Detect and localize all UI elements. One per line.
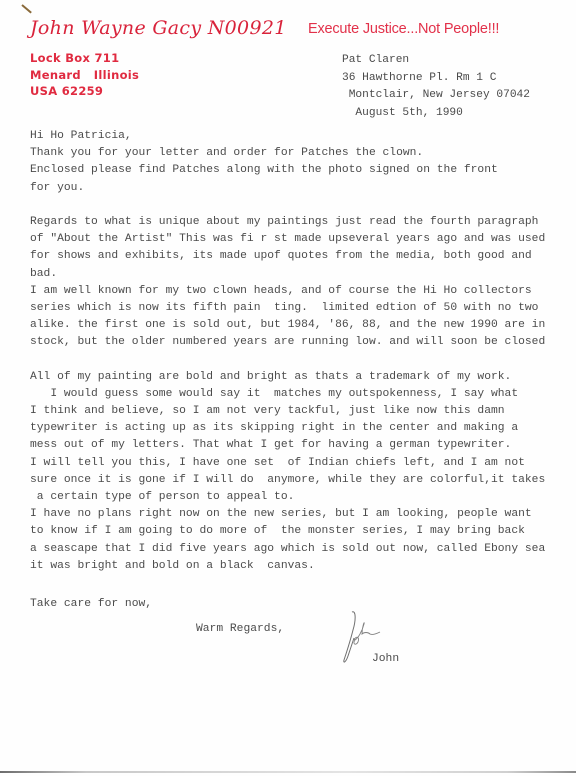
body-line: Enclosed please find Patches along with …	[30, 162, 576, 179]
body-line: to know if I am going to do more of the …	[30, 523, 576, 540]
body-line: of "About the Artist" This was fi r st m…	[30, 231, 576, 248]
body-line: I would guess some would say it matches …	[30, 386, 576, 403]
address-line: Menard Illinois	[30, 67, 139, 84]
body-line: Thank you for your letter and order for …	[30, 145, 576, 162]
body-line: All of my painting are bold and bright a…	[30, 369, 576, 386]
letter-body: Hi Ho Patricia, Thank you for your lette…	[30, 128, 576, 575]
address-line: USA 62259	[30, 83, 139, 100]
recipient-block: Pat Claren 36 Hawthorne Pl. Rm 1 C Montc…	[342, 52, 530, 122]
body-line: sure once it is gone if I will do anymor…	[30, 472, 576, 489]
letter-date: August 5th, 1990	[342, 105, 530, 123]
body-line: a seascape that I did five years ago whi…	[30, 541, 576, 558]
paragraph-gap	[30, 351, 576, 368]
body-line: stock, but the older numbered years are …	[30, 334, 576, 351]
pen-mark	[21, 4, 31, 13]
page-bottom-edge	[0, 771, 576, 773]
body-line: typewriter is acting up as its skipping …	[30, 420, 576, 437]
recipient-city: Montclair, New Jersey 07042	[342, 87, 530, 105]
signed-name: John	[372, 653, 399, 665]
body-line: a certain type of person to appeal to.	[30, 489, 576, 506]
body-line: I am well known for my two clown heads, …	[30, 283, 576, 300]
body-line: I have no plans right now on the new ser…	[30, 506, 576, 523]
body-line: mess out of my letters. That what I get …	[30, 437, 576, 454]
body-line: for you.	[30, 180, 576, 197]
letterhead-name: John Wayne Gacy N00921	[30, 17, 287, 39]
paragraph-gap	[30, 197, 576, 214]
body-line: series which is now its fifth pain ting.…	[30, 300, 576, 317]
letterhead-address: Lock Box 711 Menard Illinois USA 62259	[30, 50, 139, 100]
body-line: bad.	[30, 266, 576, 283]
body-line: I think and believe, so I am not very ta…	[30, 403, 576, 420]
closing-line: Take care for now,	[30, 598, 152, 610]
body-line: alike. the first one is sold out, but 19…	[30, 317, 576, 334]
letterhead-motto: Execute Justice...Not People!!!	[308, 21, 499, 37]
greeting: Hi Ho Patricia,	[30, 128, 576, 145]
body-line: for shows and exhibits, its made upof qu…	[30, 248, 576, 265]
warm-regards: Warm Regards,	[196, 623, 284, 635]
body-line: I will tell you this, I have one set of …	[30, 455, 576, 472]
recipient-street: 36 Hawthorne Pl. Rm 1 C	[342, 70, 530, 88]
body-line: it was bright and bold on a black canvas…	[30, 558, 576, 575]
body-line: Regards to what is unique about my paint…	[30, 214, 576, 231]
address-line: Lock Box 711	[30, 50, 139, 67]
recipient-name: Pat Claren	[342, 52, 530, 70]
letter-page: John Wayne Gacy N00921 Lock Box 711 Mena…	[0, 0, 576, 776]
